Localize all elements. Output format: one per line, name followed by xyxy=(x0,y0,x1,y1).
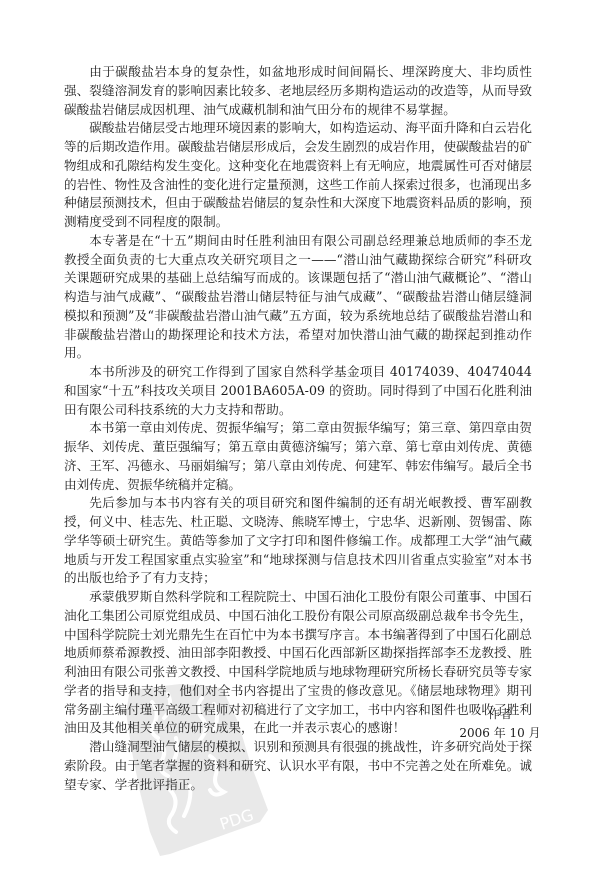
document-page: PDG 由于碳酸盐岩本身的复杂性，如盆地形成时间间隔长、埋深跨度大、非均质性强、… xyxy=(0,0,590,880)
preface-body: 由于碳酸盐岩本身的复杂性，如盆地形成时间间隔长、埋深跨度大、非均质性强、裂缝溶洞… xyxy=(64,63,532,794)
signature-block: 作者 2006 年 10 月 xyxy=(440,705,560,743)
paragraph-4: 本书所涉及的研究工作得到了国家自然科学基金项目 40174039、4047404… xyxy=(64,363,532,419)
paragraph-8: 潜山缝洞型油气储层的模拟、识别和预测具有很强的挑战性，许多研究尚处于探索阶段。由… xyxy=(64,738,532,794)
paragraph-5: 本书第一章由刘传虎、贺振华编写；第二章由贺振华编写；第三章、第四章由贺振华、刘传… xyxy=(64,419,532,494)
signature-date: 2006 年 10 月 xyxy=(440,724,560,743)
paragraph-1: 由于碳酸盐岩本身的复杂性，如盆地形成时间间隔长、埋深跨度大、非均质性强、裂缝溶洞… xyxy=(64,63,532,119)
paragraph-3: 本专著是在“十五”期间由时任胜利油田有限公司副总经理兼总地质师的李丕龙教授全面负… xyxy=(64,232,532,363)
signature-author: 作者 xyxy=(440,705,560,724)
paragraph-6: 先后参加与本书内容有关的项目研究和图件编制的还有胡光岷教授、曹军副教授，何义中、… xyxy=(64,494,532,588)
paragraph-2: 碳酸盐岩储层受古地理环境因素的影响大，如构造运动、海平面升降和白云岩化等的后期改… xyxy=(64,119,532,232)
